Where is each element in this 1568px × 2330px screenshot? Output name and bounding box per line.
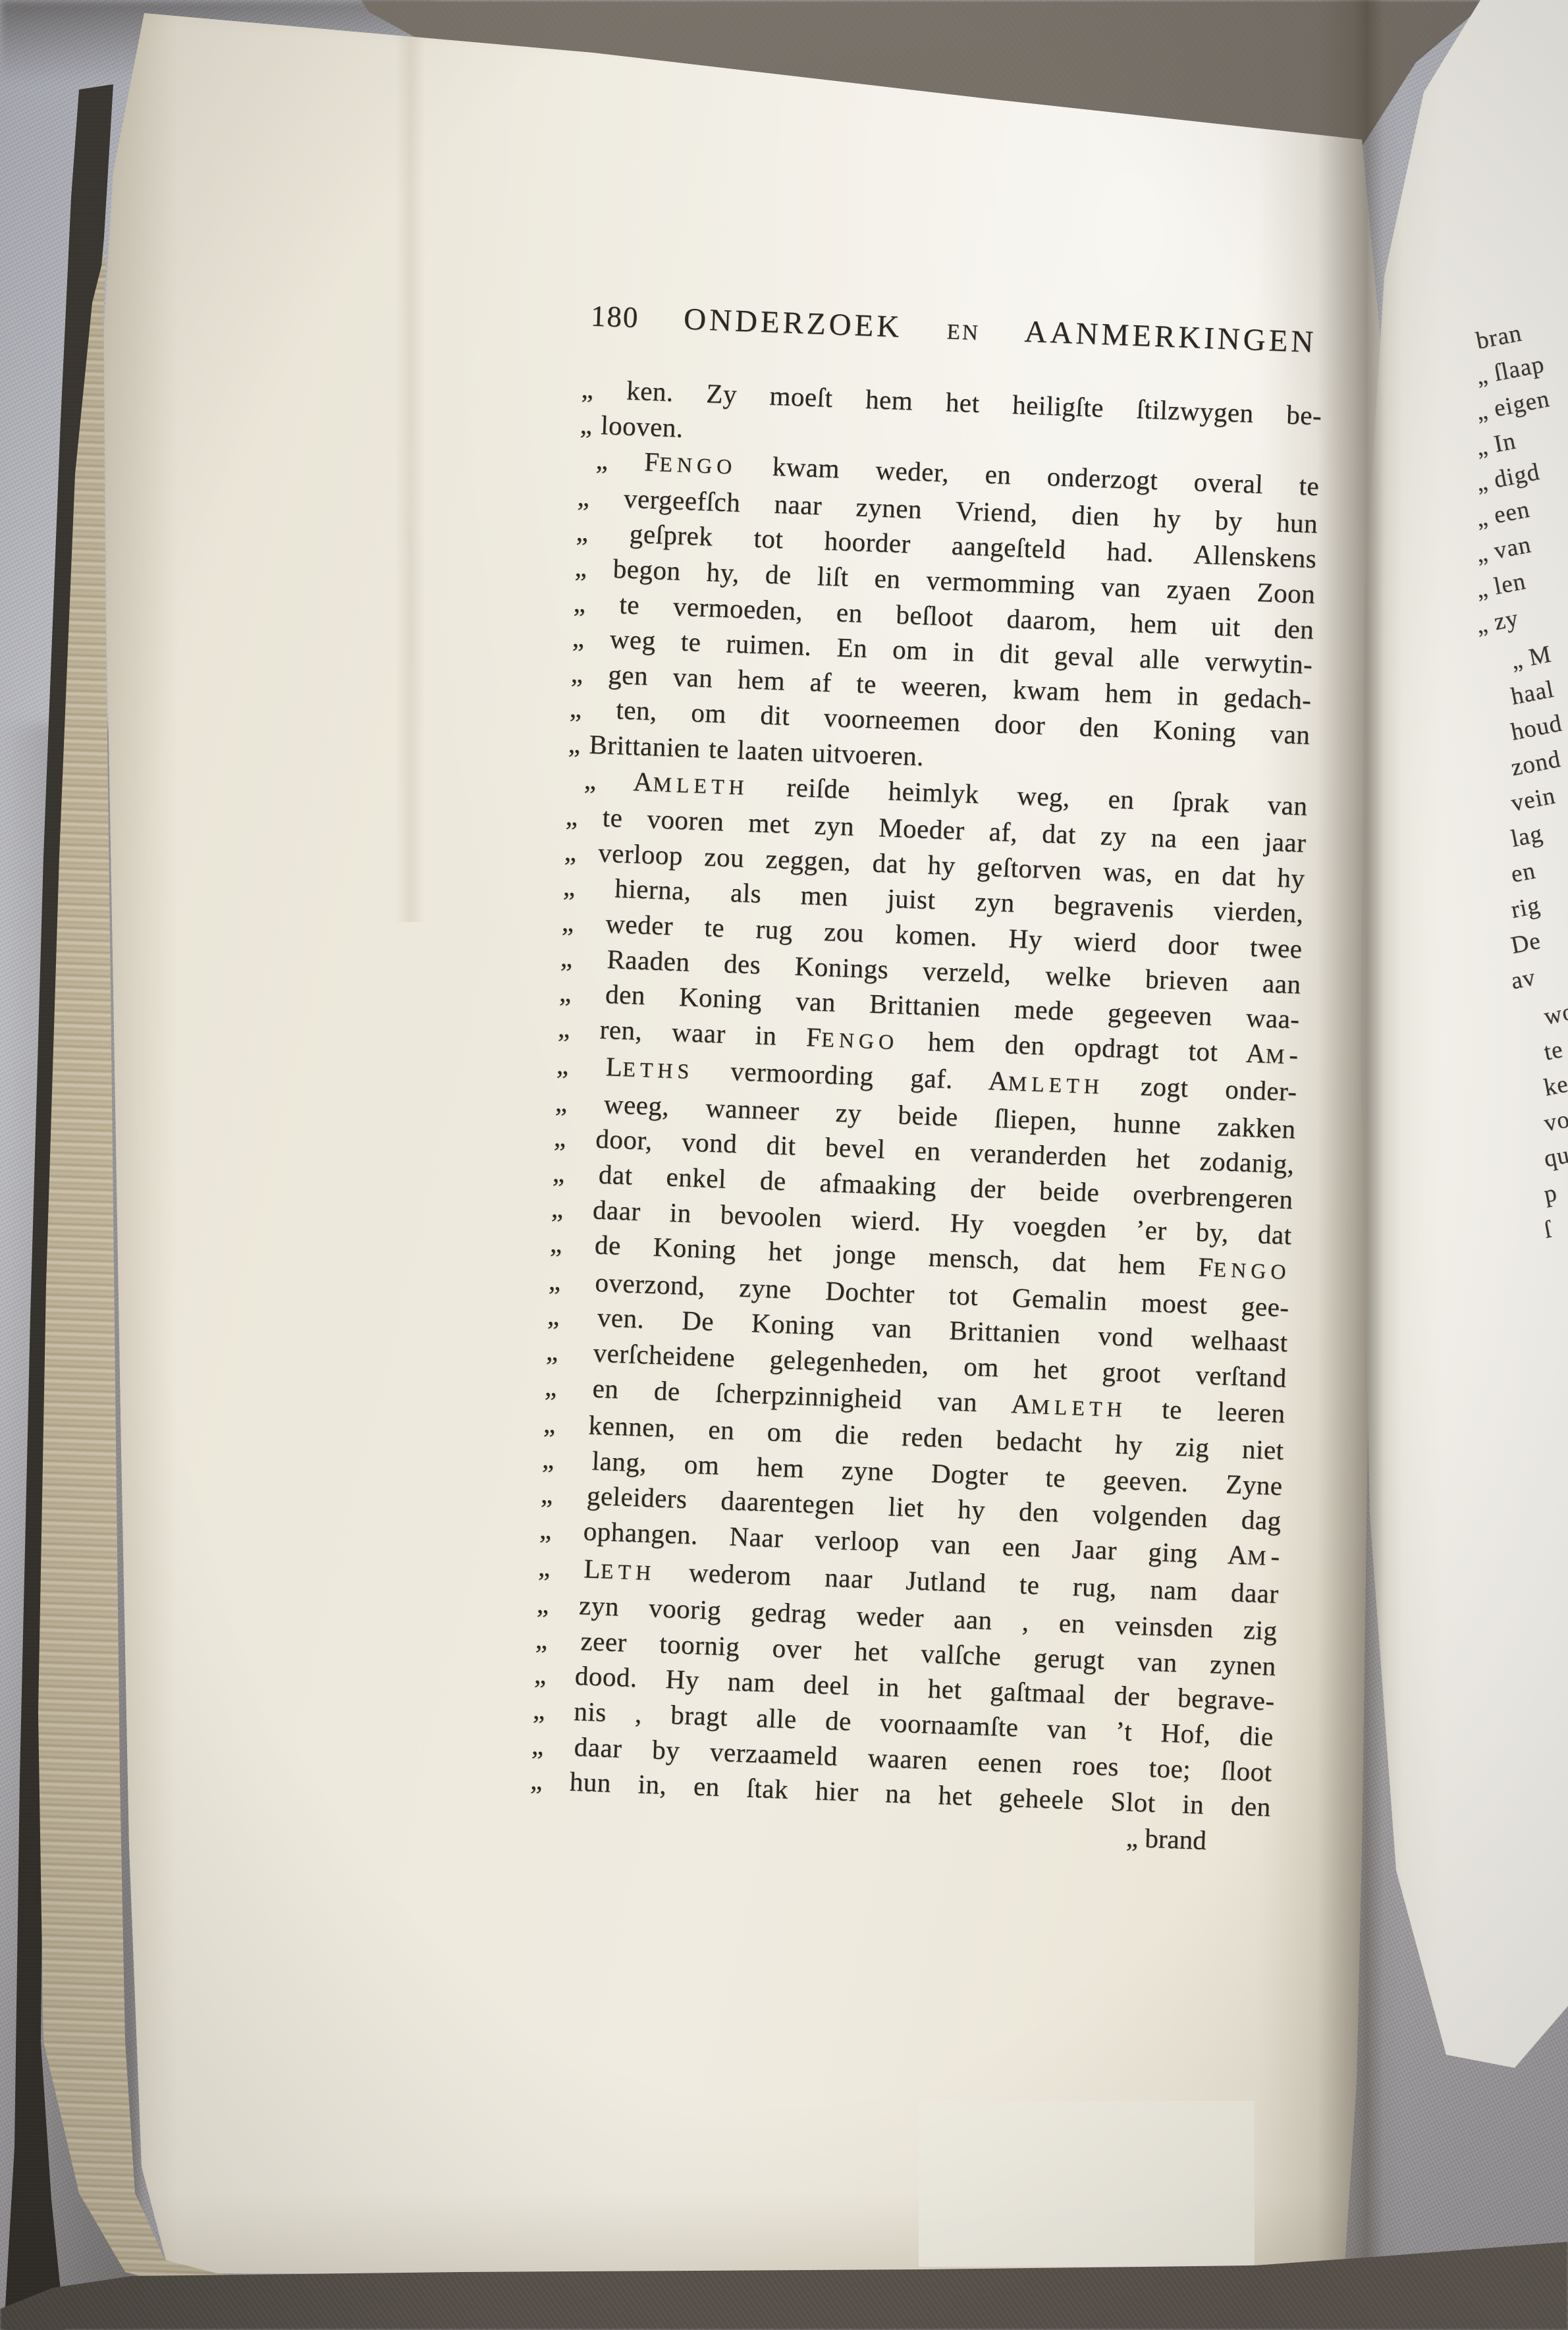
text-fragment: p xyxy=(1541,1170,1568,1213)
photo-of-open-book: 180 ONDERZOEK EN AANMERKINGEN „ ken. Zy … xyxy=(0,0,1568,2330)
text-fragment: ſ xyxy=(1541,1206,1568,1249)
text-fragment: vo xyxy=(1541,1099,1568,1142)
running-header: 180 ONDERZOEK EN AANMERKINGEN xyxy=(590,298,1317,360)
light-patch xyxy=(919,2101,1255,2267)
gutter-shadow xyxy=(1317,0,1403,2285)
text-fragment: te xyxy=(1541,1028,1568,1071)
text-fragment: ke xyxy=(1541,1064,1568,1106)
header-title-word1: ONDERZOEK xyxy=(683,302,903,345)
page-number: 180 xyxy=(590,298,639,335)
printed-text-block: 180 ONDERZOEK EN AANMERKINGEN „ ken. Zy … xyxy=(528,298,1325,1860)
facing-page-text-fragments: bran„ ſlaap„ eigen„ In„ digd„ een„ van„ … xyxy=(1453,324,1568,1249)
text-fragment: wo xyxy=(1541,992,1568,1035)
header-title-conjunction: EN xyxy=(946,320,980,346)
text-fragment: qu xyxy=(1541,1135,1568,1178)
page-crease xyxy=(395,0,425,922)
body-text: „ ken. Zy moeſt hem het heiligſte ſtilzw… xyxy=(529,371,1322,1826)
